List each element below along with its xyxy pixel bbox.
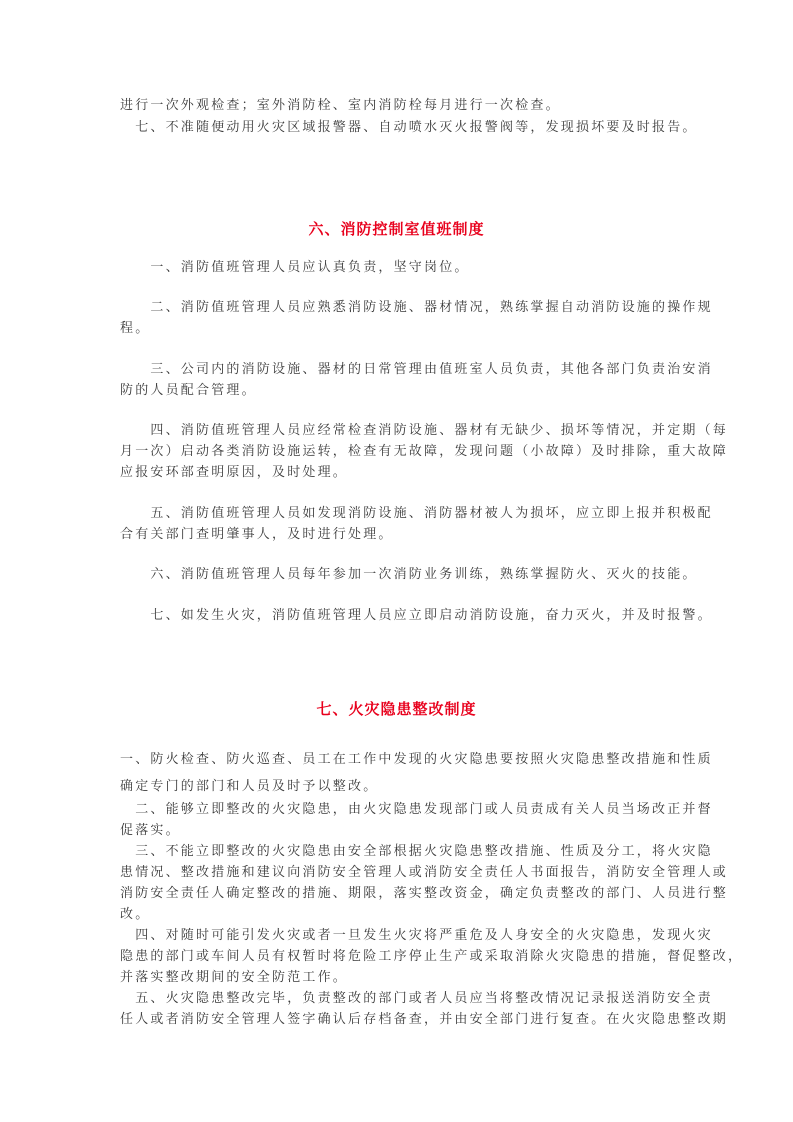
paragraph-line: 隐患的部门或车间人员有权暂时将危险工序停止生产或采取消除火灾隐患的措施，督促整改…	[120, 948, 680, 966]
document-page: 进行一次外观检查；室外消防栓、室内消防栓每月进行一次检查。 七、不准随便动用火灾…	[0, 0, 793, 1122]
paragraph-line: 应报安环部查明原因，及时处理。	[120, 464, 680, 482]
paragraph-line: 三、不能立即整改的火灾隐患由安全部根据火灾隐患整改措施、性质及分工，将火灾隐	[120, 843, 680, 861]
paragraph-line: 防的人员配合管理。	[120, 382, 680, 400]
paragraph-line: 五、火灾隐患整改完毕，负责整改的部门或者人员应当将整改情况记录报送消防安全责	[120, 990, 680, 1008]
paragraph-line: 六、消防值班管理人员每年参加一次消防业务训练，熟练掌握防火、灭火的技能。	[120, 566, 680, 584]
paragraph-line: 一、防火检查、防火巡查、员工在工作中发现的火灾隐患要按照火灾隐患整改措施和性质	[120, 751, 680, 769]
paragraph-line: 二、消防值班管理人员应熟悉消防设施、器材情况，熟练掌握自动消防设施的操作规	[120, 299, 680, 317]
intro-line: 七、不准随便动用火灾区域报警器、自动喷水灭火报警阀等，发现损坏要及时报告。	[120, 119, 680, 137]
paragraph-line: 三、公司内的消防设施、器材的日常管理由值班室人员负责，其他各部门负责治安消	[120, 361, 680, 379]
paragraph-line: 任人或者消防安全管理人签字确认后存档备查，并由安全部门进行复查。在火灾隐患整改期	[120, 1011, 680, 1029]
paragraph-line: 确定专门的部门和人员及时予以整改。	[120, 778, 680, 796]
paragraph-line: 改。	[120, 906, 680, 924]
paragraph-line: 消防安全责任人确定整改的措施、期限，落实整改资金，确定负责整改的部门、人员进行整	[120, 885, 680, 903]
paragraph-line: 患情况、整改措施和建议向消防安全管理人或消防安全责任人书面报告，消防安全管理人或	[120, 864, 680, 882]
paragraph-line: 合有关部门查明肇事人，及时进行处理。	[120, 526, 680, 544]
paragraph-line: 程。	[120, 320, 680, 338]
intro-line: 进行一次外观检查；室外消防栓、室内消防栓每月进行一次检查。	[120, 97, 680, 115]
paragraph-line: 五、消防值班管理人员如发现消防设施、消防器材被人为损坏，应立即上报并积极配	[120, 505, 680, 523]
paragraph-line: 四、对随时可能引发火灾或者一旦发生火灾将严重危及人身安全的火灾隐患，发现火灾	[120, 927, 680, 945]
paragraph-line: 四、消防值班管理人员应经常检查消防设施、器材有无缺少、损坏等情况，并定期（每	[120, 422, 680, 440]
paragraph-line: 七、如发生火灾，消防值班管理人员应立即启动消防设施，奋力灭火，并及时报警。	[120, 607, 680, 625]
paragraph-line: 月一次）启动各类消防设施运转，检查有无故障，发现问题（小故障）及时排除，重大故障	[120, 443, 680, 461]
section-title: 六、消防控制室值班制度	[0, 218, 793, 239]
paragraph-line: 二、能够立即整改的火灾隐患，由火灾隐患发现部门或人员责成有关人员当场改正并督	[120, 801, 680, 819]
paragraph-line: 并落实整改期间的安全防范工作。	[120, 969, 680, 987]
paragraph-line: 促落实。	[120, 822, 680, 840]
paragraph-line: 一、消防值班管理人员应认真负责，坚守岗位。	[120, 259, 680, 277]
section-title: 七、火灾隐患整改制度	[0, 698, 793, 719]
